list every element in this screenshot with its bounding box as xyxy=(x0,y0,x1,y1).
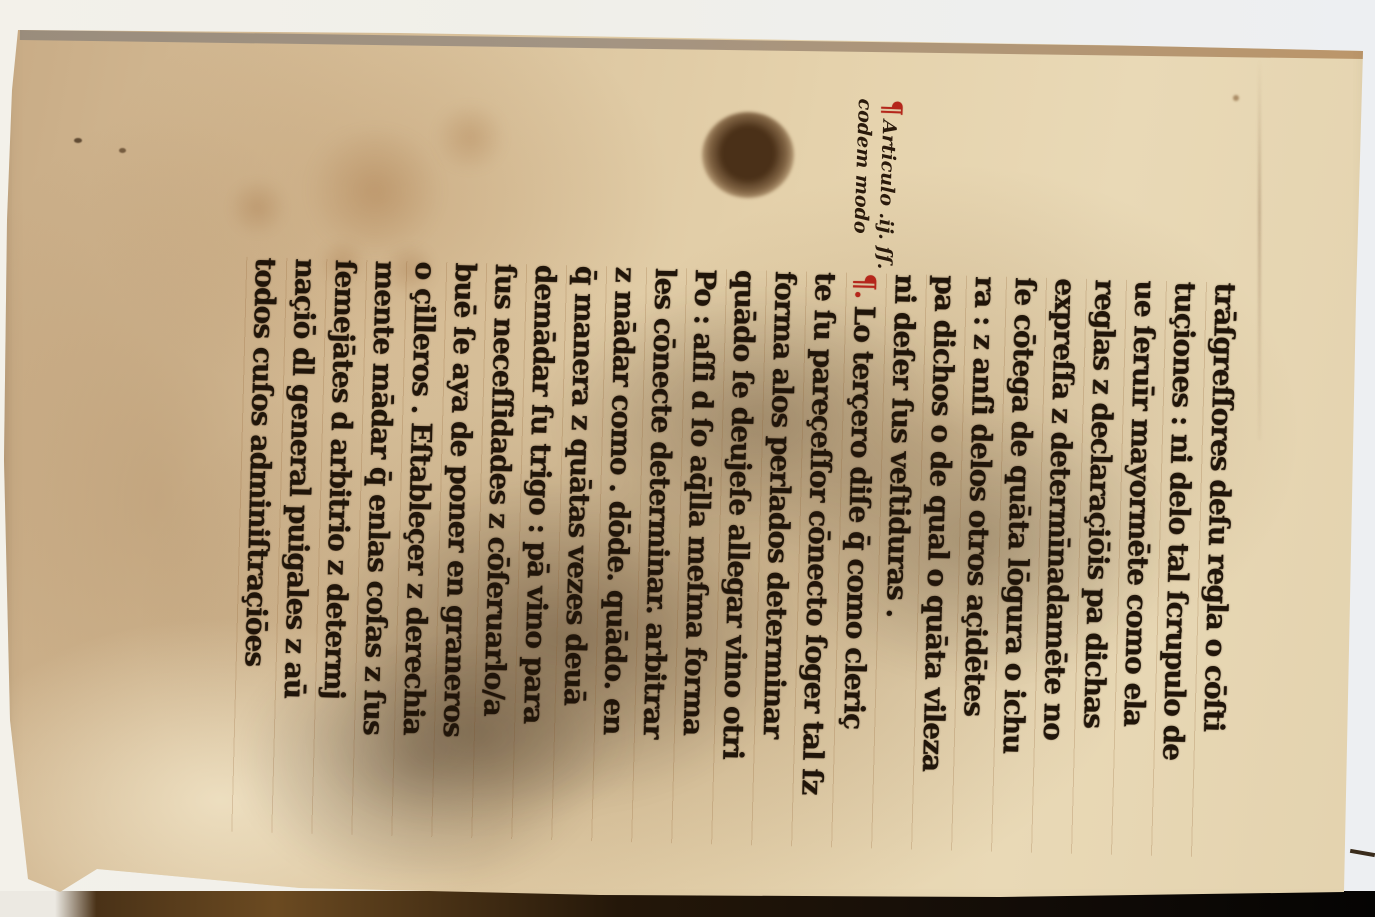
binding-mark xyxy=(1350,849,1375,857)
parchment-page: trāſgreſſores deſu regla o cōſtituçiones… xyxy=(0,0,1375,917)
manuscript-scan: trāſgreſſores deſu regla o cōſtituçiones… xyxy=(0,0,1375,917)
page-edge-shading xyxy=(0,0,1375,917)
